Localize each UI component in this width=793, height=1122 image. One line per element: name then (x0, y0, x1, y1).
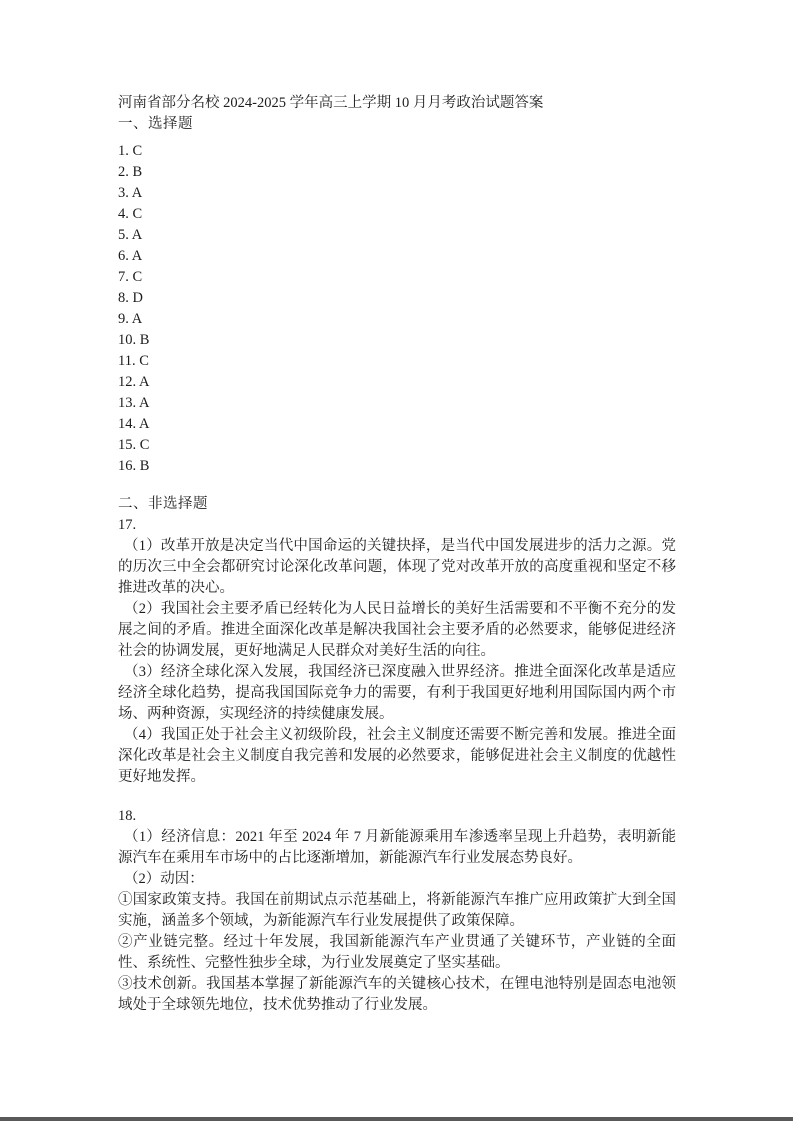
answer-paragraph-17-4: （4）我国正处于社会主义初级阶段，社会主义制度还需要不断完善和发展。推进全面深化… (118, 725, 676, 788)
answer-item: 8. D (118, 288, 676, 309)
answer-item: 7. C (118, 267, 676, 288)
answer-item: 3. A (118, 183, 676, 204)
answer-item: 6. A (118, 246, 676, 267)
answer-paragraph-18-point3: ③技术创新。我国基本掌握了新能源汽车的关键核心技术，在锂电池特别是固态电池领域处… (118, 974, 676, 1016)
document-title: 河南省部分名校 2024-2025 学年高三上学期 10 月月考政治试题答案 (118, 93, 676, 114)
document-page: 河南省部分名校 2024-2025 学年高三上学期 10 月月考政治试题答案 一… (0, 0, 793, 1122)
section-heading-non-choice: 二、非选择题 (118, 494, 676, 515)
answer-paragraph-18-point1: ①国家政策支持。我国在前期试点示范基础上，将新能源汽车推广应用政策扩大到全国实施… (118, 890, 676, 932)
answer-item: 10. B (118, 330, 676, 351)
answer-item: 13. A (118, 393, 676, 414)
answer-paragraph-18-2: （2）动因： (118, 869, 676, 890)
answer-item: 5. A (118, 225, 676, 246)
answer-item: 11. C (118, 351, 676, 372)
answer-item: 2. B (118, 162, 676, 183)
answer-list: 1. C 2. B 3. A 4. C 5. A 6. A 7. C 8. D … (118, 141, 676, 477)
answer-item: 16. B (118, 456, 676, 477)
document-content: 河南省部分名校 2024-2025 学年高三上学期 10 月月考政治试题答案 一… (118, 93, 676, 1016)
answer-item: 14. A (118, 414, 676, 435)
answer-item: 12. A (118, 372, 676, 393)
bottom-bar (0, 1117, 793, 1121)
answer-paragraph-17-1: （1）改革开放是决定当代中国命运的关键抉择，是当代中国发展进步的活力之源。党的历… (118, 536, 676, 599)
answer-item: 1. C (118, 141, 676, 162)
answer-paragraph-18-point2: ②产业链完整。经过十年发展，我国新能源汽车产业贯通了关键环节，产业链的全面性、系… (118, 932, 676, 974)
answer-paragraph-17-2: （2）我国社会主要矛盾已经转化为人民日益增长的美好生活需要和不平衡不充分的发展之… (118, 599, 676, 662)
answer-item: 9. A (118, 309, 676, 330)
question-number-18: 18. (118, 806, 676, 827)
answer-item: 4. C (118, 204, 676, 225)
question-number-17: 17. (118, 515, 676, 536)
answer-paragraph-18-1: （1）经济信息：2021 年至 2024 年 7 月新能源乘用车渗透率呈现上升趋… (118, 827, 676, 869)
answer-item: 15. C (118, 435, 676, 456)
section-heading-choice: 一、选择题 (118, 114, 676, 135)
answer-paragraph-17-3: （3）经济全球化深入发展，我国经济已深度融入世界经济。推进全面深化改革是适应经济… (118, 662, 676, 725)
